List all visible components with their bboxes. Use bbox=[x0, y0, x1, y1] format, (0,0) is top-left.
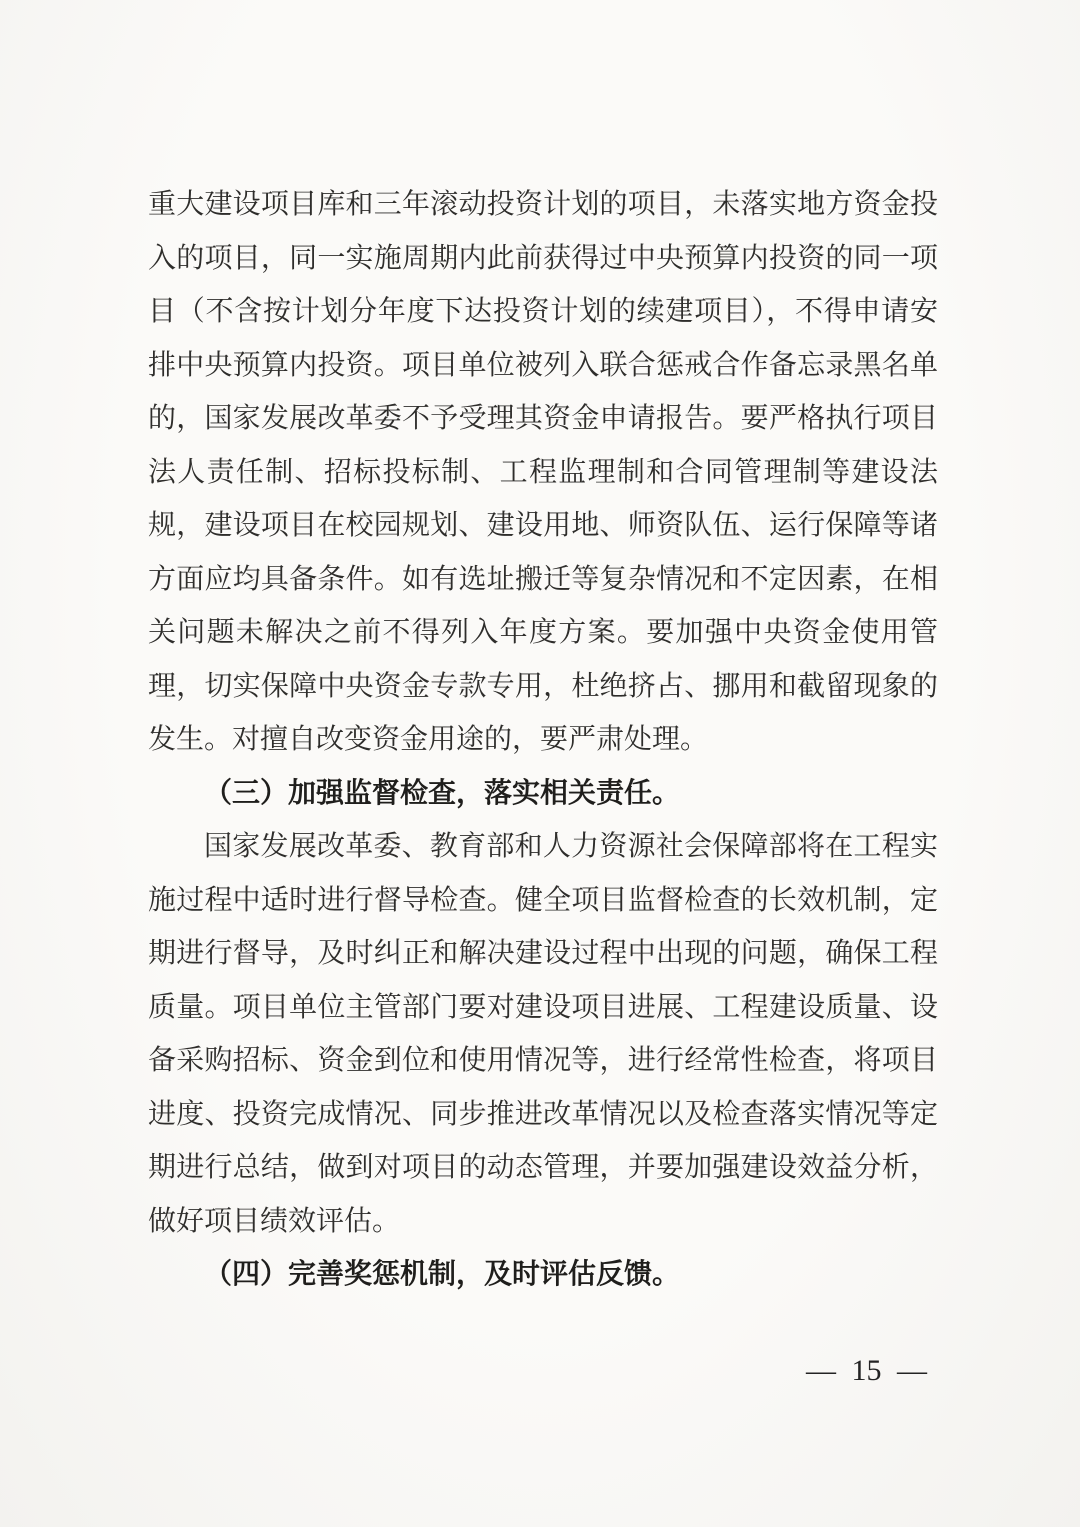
text-line: 国家发展改革委、教育部和人力资源社会保障部将在工程实 bbox=[148, 820, 938, 874]
text-line: 方面应均具备条件。如有选址搬迁等复杂情况和不定因素，在相 bbox=[148, 553, 938, 607]
text-line: 期进行督导，及时纠正和解决建设过程中出现的问题，确保工程 bbox=[148, 927, 938, 981]
text-line: 关问题未解决之前不得列入年度方案。要加强中央资金使用管 bbox=[148, 606, 938, 660]
text-line: 入的项目，同一实施周期内此前获得过中央预算内投资的同一项 bbox=[148, 232, 938, 286]
text-line: 法人责任制、招标投标制、工程监理制和合同管理制等建设法 bbox=[148, 446, 938, 500]
text-line: 的，国家发展改革委不予受理其资金申请报告。要严格执行项目 bbox=[148, 392, 938, 446]
section-heading-3: （三）加强监督检查，落实相关责任。 bbox=[148, 767, 938, 821]
page-number: — 15 — bbox=[806, 1350, 927, 1392]
text-line: 质量。项目单位主管部门要对建设项目进展、工程建设质量、设 bbox=[148, 981, 938, 1035]
section-heading-4: （四）完善奖惩机制，及时评估反馈。 bbox=[148, 1248, 938, 1302]
text-line: 排中央预算内投资。项目单位被列入联合惩戒合作备忘录黑名单 bbox=[148, 339, 938, 393]
text-line: 期进行总结，做到对项目的动态管理，并要加强建设效益分析， bbox=[148, 1141, 938, 1195]
document-page: 重大建设项目库和三年滚动投资计划的项目，未落实地方资金投 入的项目，同一实施周期… bbox=[0, 0, 1080, 1527]
text-line: 理，切实保障中央资金专款专用，杜绝挤占、挪用和截留现象的 bbox=[148, 660, 938, 714]
text-line: 进度、投资完成情况、同步推进改革情况以及检查落实情况等定 bbox=[148, 1088, 938, 1142]
text-line: 施过程中适时进行督导检查。健全项目监督检查的长效机制，定 bbox=[148, 874, 938, 928]
text-line: 规，建设项目在校园规划、建设用地、师资队伍、运行保障等诸 bbox=[148, 499, 938, 553]
text-line: 目（不含按计划分年度下达投资计划的续建项目），不得申请安 bbox=[148, 285, 938, 339]
text-line: 重大建设项目库和三年滚动投资计划的项目，未落实地方资金投 bbox=[148, 178, 938, 232]
text-line: 做好项目绩效评估。 bbox=[148, 1195, 938, 1249]
text-line: 备采购招标、资金到位和使用情况等，进行经常性检查，将项目 bbox=[148, 1034, 938, 1088]
page-content: 重大建设项目库和三年滚动投资计划的项目，未落实地方资金投 入的项目，同一实施周期… bbox=[148, 178, 938, 1302]
text-line: 发生。对擅自改变资金用途的，要严肃处理。 bbox=[148, 713, 938, 767]
